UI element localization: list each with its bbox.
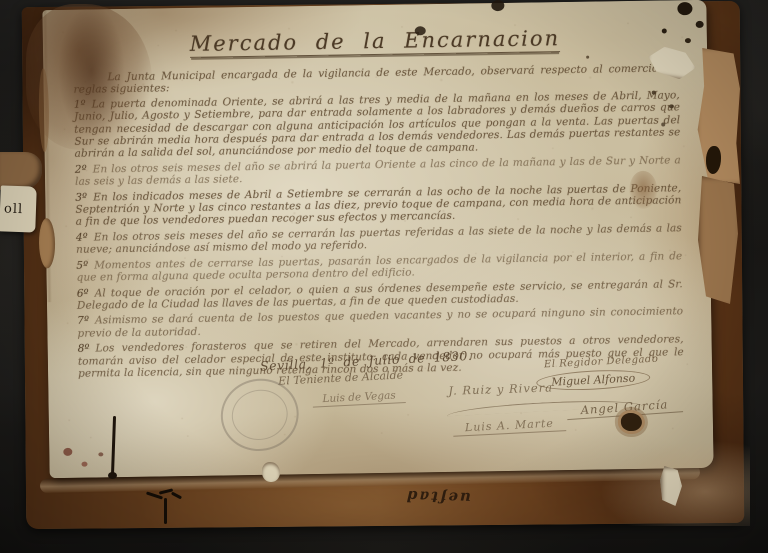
worm-hole [621,413,642,431]
article-3-number: 3º [75,191,87,203]
ink-drip-blob [108,472,117,479]
paper-chip-bottom [262,462,280,482]
ink-drip [164,498,167,524]
signature-miguel-alfonso: Miguel Alfonso [536,368,651,393]
article-4-text: En los otros seis meses del año se cerra… [76,222,682,256]
article-4-number: 4º [76,231,88,243]
article-6-number: 6º [77,287,89,299]
faded-oval-stamp [215,372,305,457]
article-2-number: 2º [75,163,87,175]
ink-spot [696,21,704,28]
article-8: 8ºLos vendedores forasteros que se retir… [78,333,685,380]
rust-spot [98,452,103,456]
signature-luis-marte: Luis A. Marte [453,416,567,437]
intro-paragraph: La Junta Municipal encargada de la vigil… [73,62,679,96]
ink-blot [415,26,426,35]
signature-ruiz-rivera: J. Ruiz y Rivera [448,380,553,397]
scrap-letters: oll [4,201,24,217]
regidor-delegado-label: El Regidor Delegado [544,354,659,371]
ink-speck [586,56,589,59]
ink-spot [652,91,656,95]
document-body: La Junta Municipal encargada de la vigil… [73,62,684,383]
article-7-text: Asimismo se dará cuenta de los puestos q… [77,306,683,340]
document-title: Mercado de la Encarnacion [190,26,561,58]
signature-angel-garcia: Angel García [566,396,683,420]
article-2: 2ºEn los otros seis meses del año se abr… [75,154,681,188]
teniente-de-alcalde-label: El Teniente de Alcalde [278,368,403,387]
article-6: 6ºAl toque de oración por el celador, o … [77,278,683,312]
article-7: 7ºAsimismo se dará cuenta de los puestos… [77,306,683,340]
article-8-text: Los vendedores forasteros que se retiren… [78,333,684,379]
framed-manuscript-photo: Mercado de la Encarnacion La Junta Munic… [0,0,768,553]
article-7-number: 7º [77,315,89,327]
article-5: 5ºMomentos antes de cerrarse las puertas… [76,250,682,284]
rust-spot [81,462,87,467]
upside-down-text-fragment: ueſtad [368,476,509,509]
ink-spot [661,122,665,126]
article-1: 1ºLa puerta denominada Oriente, se abrir… [74,89,681,161]
torn-edge-notch [39,218,56,268]
article-3: 3ºEn los indicados meses de Abril a Seti… [75,182,682,229]
article-5-text: Momentos antes de cerrarse las puertas, … [76,250,682,284]
brown-stain [629,171,658,209]
ink-spot [662,28,667,33]
printed-scrap-fragment: oll [0,185,37,232]
article-6-text: Al toque de oración por el celador, o qu… [77,278,683,312]
article-3-text: En los indicados meses de Abril a Setiem… [75,182,681,228]
ink-spot [669,104,674,108]
article-2-text: En los otros seis meses del año se abrir… [75,154,681,188]
article-4: 4ºEn los otros seis meses del año se cer… [76,222,682,256]
article-1-text: La puerta denominada Oriente, se abrirá … [74,89,681,160]
torn-paper-flap [0,152,42,190]
article-5-number: 5º [76,259,88,271]
ink-spot [685,38,691,43]
signature-luis-de-vegas: Luis de Vegas [312,389,406,408]
ink-spot [677,2,692,15]
article-8-number: 8º [78,343,90,355]
rust-spot [63,448,72,456]
signature-flourish-line [447,397,643,416]
ink-blot [491,0,504,11]
dateline: Sevilla, 1º de Julio de 1830. [260,348,473,374]
